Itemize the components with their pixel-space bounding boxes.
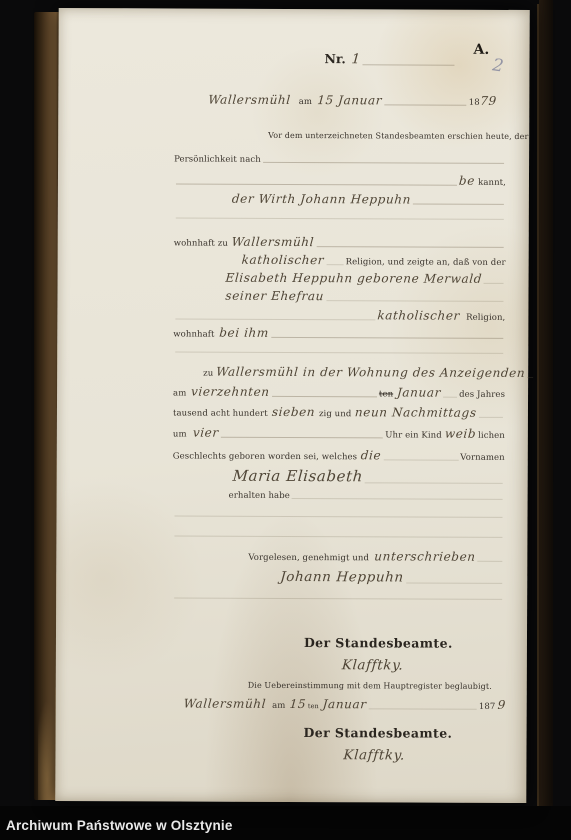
known-line: be kannt, — [174, 172, 506, 187]
blank-ruled-line — [172, 594, 504, 601]
blank-ruled-line — [173, 348, 505, 355]
mother-relation: seiner Ehefrau — [225, 289, 325, 303]
residence-printed: wohnhaft zu — [174, 238, 228, 248]
closing-hand: unterschrieben — [374, 549, 476, 563]
rule-line — [326, 261, 343, 265]
rule-line — [363, 61, 455, 65]
religion2-hand: katholischer — [377, 308, 461, 322]
closing-printed: Vorgelesen, genehmigt und — [248, 553, 369, 564]
sex-printed: lichen — [478, 431, 505, 441]
registrar-signature-1: Klafftky. — [341, 657, 404, 673]
rule-line — [176, 214, 504, 219]
mother-name: Elisabeth Heppuhn geborene Merwald — [225, 271, 483, 286]
rule-line — [406, 579, 503, 583]
declarant-name: der Wirth Johann Heppuhn — [231, 192, 411, 207]
residence2-hand: bei ihm — [219, 326, 270, 340]
religion1-printed: Religion, und zeigte an, daß von der — [346, 257, 506, 268]
religion1-hand: katholischer — [241, 253, 325, 267]
year-printed-1: tausend acht hundert — [173, 408, 268, 418]
rule-line — [527, 374, 533, 378]
birthplace-printed: zu — [203, 369, 213, 379]
religion2-printed: Religion, — [466, 313, 505, 323]
certification-dateline: Wallersmühl am 15 ten Januar 187 9 — [184, 697, 506, 712]
pencil-page-number: 2 — [491, 55, 505, 76]
birthdate-ten-suffix: ten — [379, 389, 393, 399]
registrar-signature-2: Klafftky. — [343, 747, 406, 763]
birthdate-month: Januar — [397, 385, 442, 399]
intro-text-1: Vor dem unterzeichneten Standesbeamten e… — [268, 131, 528, 141]
rule-line — [292, 495, 503, 500]
intro-line-1: Vor dem unterzeichneten Standesbeamten e… — [268, 131, 528, 141]
rule-line — [326, 297, 503, 302]
dateline-day-month: 15 Januar — [317, 93, 383, 107]
time-um: um — [173, 429, 187, 439]
mother-name-line: Elisabeth Heppuhn geborene Merwald — [174, 270, 506, 285]
certification-line: Die Uebereinstimmung mit dem Hauptregist… — [248, 681, 492, 691]
book-cover-edge — [539, 0, 553, 816]
rule-line — [175, 315, 375, 320]
birthdate-yearlabel: des Jahres — [459, 390, 505, 400]
intro-text-2: Persönlichkeit nach — [174, 154, 261, 164]
rule-line — [413, 201, 504, 205]
intro-line-2: Persönlichkeit nach — [174, 154, 506, 165]
cert-year-printed: 187 — [479, 702, 496, 712]
cert-day: 15 — [289, 697, 307, 711]
sex-vornamen-line: Geschlechts geboren worden sei, welches … — [173, 447, 505, 462]
child-names: Maria Elisabeth — [232, 467, 364, 486]
year-hand-1: sieben — [271, 405, 315, 419]
entry-number-line: Nr. 1 — [324, 51, 456, 68]
closing-line: Vorgelesen, genehmigt und unterschrieben — [172, 548, 504, 563]
rule-line — [272, 393, 377, 397]
registrar-label-1: Der Standesbeamte. — [304, 635, 453, 651]
residence2-printed: wohnhaft — [173, 329, 214, 339]
certification-text: Die Uebereinstimmung mit dem Hauptregist… — [248, 681, 492, 691]
birthplace-hand: Wallersmühl in der Wohnung des Anzeigend… — [216, 365, 526, 380]
time-hand: vier — [192, 426, 219, 440]
known-printed: kannt, — [478, 178, 506, 188]
birthdate-am: am — [173, 388, 186, 398]
child-names-line: Maria Elisabeth — [173, 466, 505, 485]
known-hand: be — [459, 174, 476, 188]
sex-line2-printed: Geschlechts geboren worden sei, welches — [173, 451, 357, 462]
cert-month: Januar — [322, 697, 367, 711]
rule-line — [369, 705, 477, 709]
nr-value: 1 — [351, 51, 361, 67]
rule-line — [384, 101, 467, 105]
received-line: erhalten habe — [173, 490, 505, 501]
registrar-signature-line-2: Klafftky. — [343, 747, 405, 763]
registrar-label-2: Der Standesbeamte. — [304, 725, 453, 741]
dateline-year-printed: 18 — [469, 98, 480, 108]
declarant-signature-line: Johann Heppuhn — [172, 568, 504, 585]
mother-relation-line: seiner Ehefrau — [173, 288, 505, 303]
time-printed-2: Uhr ein Kind — [385, 430, 442, 440]
rule-line — [477, 558, 502, 562]
dateline-am: am — [299, 97, 312, 107]
rule-line — [176, 180, 457, 185]
rule-line — [220, 434, 383, 439]
declarant-signature: Johann Heppuhn — [280, 569, 405, 586]
birthdate-line: am vierzehnten ten Januar des Jahres — [173, 384, 505, 399]
registry-page: A. 2 Nr. 1 Wallersmühl am 15 Januar 18 7… — [55, 8, 529, 803]
birthplace-line: zu Wallersmühl in der Wohnung des Anzeig… — [203, 365, 505, 380]
rule-line — [174, 594, 502, 599]
rule-line — [443, 394, 457, 398]
rule-line — [365, 479, 503, 484]
dateline-year-written: 79 — [479, 94, 497, 108]
rule-line — [175, 512, 503, 517]
vornamen-label: Vornamen — [460, 453, 504, 463]
year-printed-2: zig und — [319, 409, 351, 419]
rule-line — [479, 414, 503, 418]
corner-letter: A. — [474, 42, 490, 58]
archive-watermark: Archiwum Państwowe w Olsztynie — [6, 818, 233, 833]
residence-line: wohnhaft zu Wallersmühl — [174, 234, 506, 249]
year-hand-2: neun Nachmittags — [355, 405, 478, 420]
photographed-register-book: A. 2 Nr. 1 Wallersmühl am 15 Januar 18 7… — [0, 0, 571, 840]
nr-label: Nr. — [324, 51, 345, 66]
birthdate-day: vierzehnten — [191, 385, 271, 399]
cert-year-hand: 9 — [497, 698, 506, 712]
blank-ruled-line — [174, 214, 506, 221]
rule-line — [263, 159, 504, 164]
rule-line — [484, 280, 504, 284]
birth-year-line: tausend acht hundert sieben zig und neun… — [173, 404, 505, 419]
received-printed: erhalten habe — [229, 491, 290, 501]
declarant-line: der Wirth Johann Heppuhn — [174, 191, 506, 206]
dateline: Wallersmühl am 15 Januar 18 79 — [208, 93, 496, 108]
residence-line-2: wohnhaft bei ihm — [173, 325, 505, 340]
blank-ruled-line — [173, 512, 505, 519]
cert-place: Wallersmühl — [183, 697, 266, 711]
sex-line2-hand: die — [361, 448, 382, 462]
rule-line — [271, 334, 503, 339]
religion-line-2: katholischer Religion, — [173, 307, 505, 322]
rule-line — [316, 243, 503, 248]
birth-time-line: um vier Uhr ein Kind weib lichen — [173, 425, 505, 440]
rule-line — [175, 348, 503, 353]
rule-line — [384, 456, 459, 460]
dateline-place: Wallersmühl — [208, 93, 291, 107]
sex-hand: weib — [444, 427, 476, 441]
religion-line-1: katholischer Religion, und zeigte an, da… — [174, 252, 506, 267]
registrar-signature-line-1: Klafftky. — [342, 657, 404, 673]
blank-ruled-line — [172, 532, 504, 539]
cert-am: am — [272, 701, 285, 711]
residence-hand: Wallersmühl — [231, 235, 314, 249]
rule-line — [174, 532, 502, 537]
cert-ten-suffix: ten — [308, 702, 319, 710]
